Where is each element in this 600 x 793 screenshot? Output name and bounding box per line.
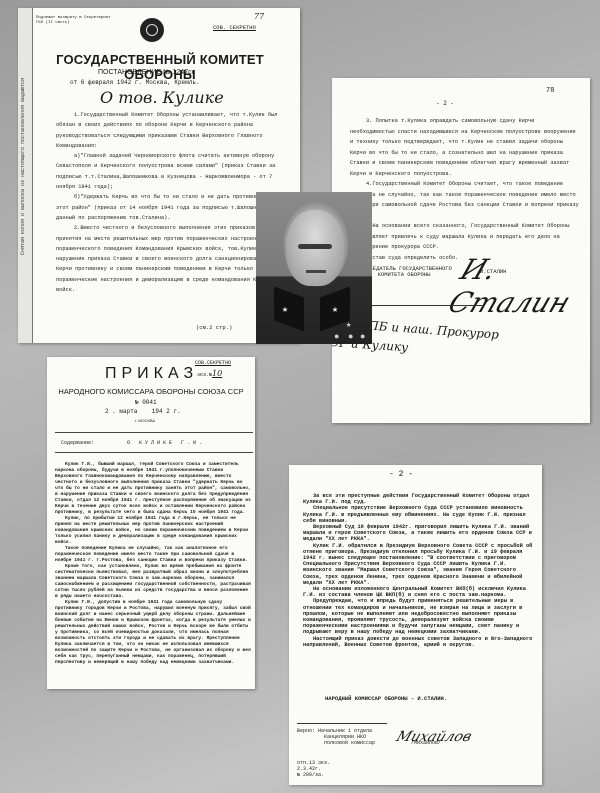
paragraph: Кулик Г.И., бывший маршал, герой Советск… [55, 462, 251, 516]
divider [55, 452, 253, 453]
origin-note: Подлежит возврату в Секретариат ГКО (II … [36, 16, 110, 26]
handwritten-signature: И. Сталин [444, 253, 590, 319]
secrecy-stamp: СОВ. СЕКРЕТНО [213, 24, 256, 31]
subject-label: Содержание: [61, 440, 94, 446]
decree-body: 3. Попытка т.Кулика оправдать самовольну… [350, 116, 582, 263]
subject-value: О КУЛИКЕ Г.И. [127, 440, 205, 446]
side-strip: Снятая копия и выписка из настоящего пос… [18, 8, 33, 343]
paragraph: На основании изложенного Центральный Ком… [303, 586, 535, 598]
paragraph: Предупреждаю, что и впредь будут применя… [303, 598, 535, 635]
copy-label: экз.№ [197, 372, 212, 378]
paragraph: Кулик, по прибытии 12 ноября 1941 года в… [55, 516, 251, 546]
paragraph: Настоящий приказ довести до военных сове… [303, 636, 535, 648]
dispatch-footer: отп.13 экз. 2.3.42г. № 200/за. [297, 760, 330, 778]
decree-subject: О тов. Кулике [100, 88, 224, 107]
paragraph: 5.На основании всего сказанного, Государ… [350, 221, 582, 253]
signatory-name: И.СТАЛИН [480, 268, 506, 275]
nko-order-page-1: СОВ.СЕКРЕТНО экз.№10 ПРИКАЗ НАРОДНОГО КО… [47, 357, 255, 689]
medal-icon: ● [334, 332, 339, 342]
signatory-line: НАРОДНЫЙ КОМИССАР ОБОРОНЫ - И.СТАЛИН. [325, 695, 447, 702]
order-body: За все эти преступные действия Государст… [303, 493, 535, 648]
doc-title: ГОСУДАРСТВЕННЫЙ КОМИТЕТ ОБОРОНЫ [40, 52, 280, 82]
page-header: - 2 - [436, 100, 454, 107]
paragraph: Такое поведение Кулика не случайно, так … [55, 546, 251, 564]
decree-number: ПОСТАНОВЛЕНИЕ № 1247сс [98, 69, 195, 76]
copy-number: экз.№10 [197, 369, 222, 378]
nko-order-page-2: - 2 - За все эти преступные действия Гос… [289, 465, 542, 785]
order-number: № 0041 [135, 399, 157, 406]
page-mark: 77 [254, 12, 264, 21]
handwritten-signature: Михайлов [394, 729, 474, 745]
order-body: Кулик Г.И., бывший маршал, герой Советск… [55, 462, 251, 666]
paragraph: б)"Удержать Керчь во что бы то ни стало … [56, 192, 288, 223]
continued-note: (см.2 стр.) [196, 324, 232, 331]
order-date: 2 . марта 194 2 г. [105, 408, 181, 415]
side-strip-text: Снятая копия и выписка из настоящего пос… [20, 78, 26, 255]
paragraph: Кулик Г.И., допустив в ноябре 1941 года … [55, 600, 251, 666]
paragraph: Верховный Суд 16 февраля 1942г. приговор… [303, 524, 535, 543]
portrait-photo: ★ ★ ★ ● ● ● [256, 192, 372, 344]
doc-subtitle: НАРОДНОГО КОМИССАРА ОБОРОНЫ СОЮЗА ССР [51, 387, 251, 396]
medal-icon: ● [348, 332, 353, 342]
star-icon: ★ [332, 304, 338, 316]
paragraph: 2.Вместо честного и безусловного выполне… [56, 223, 288, 295]
medal-icon: ● [360, 332, 365, 342]
paragraph: 1.Государственный Комитет Обороны устана… [56, 110, 288, 151]
hero-star-icon: ★ [346, 320, 351, 330]
collar-tab-left [274, 287, 304, 332]
paragraph: За все эти преступные действия Государст… [303, 493, 535, 505]
brow [298, 244, 332, 249]
paragraph: Специальное присутствие Верховного Суда … [303, 505, 535, 524]
order-city: г. МОСКВА [135, 418, 155, 423]
paragraph: 4.Государственный Комитет Обороны считае… [350, 179, 582, 221]
copy-value: 10 [212, 369, 222, 378]
divider [297, 723, 387, 724]
ussr-emblem-icon [140, 18, 164, 42]
divider [55, 432, 253, 433]
doc-title: ПРИКАЗ [105, 365, 198, 383]
paragraph: Кроме того, как установлено, Кулик во вр… [55, 564, 251, 600]
decree-body: 1.Государственный Комитет Обороны устана… [56, 110, 288, 295]
page-header: - 2 - [389, 470, 413, 479]
paragraph: 3. Попытка т.Кулика оправдать самовольну… [350, 116, 582, 179]
paragraph: Кулик Г.И. обратился в Президиум Верховн… [303, 543, 535, 586]
page-mark: 78 [546, 87, 554, 95]
decree-date: от 6 февраля 1942 г. Москва, Кремль. [70, 79, 200, 86]
star-icon: ★ [282, 304, 288, 316]
paragraph: а)"Главной задачей Черноморского флота с… [56, 151, 288, 192]
secrecy-stamp: СОВ.СЕКРЕТНО [195, 360, 231, 366]
mouth [306, 270, 326, 273]
